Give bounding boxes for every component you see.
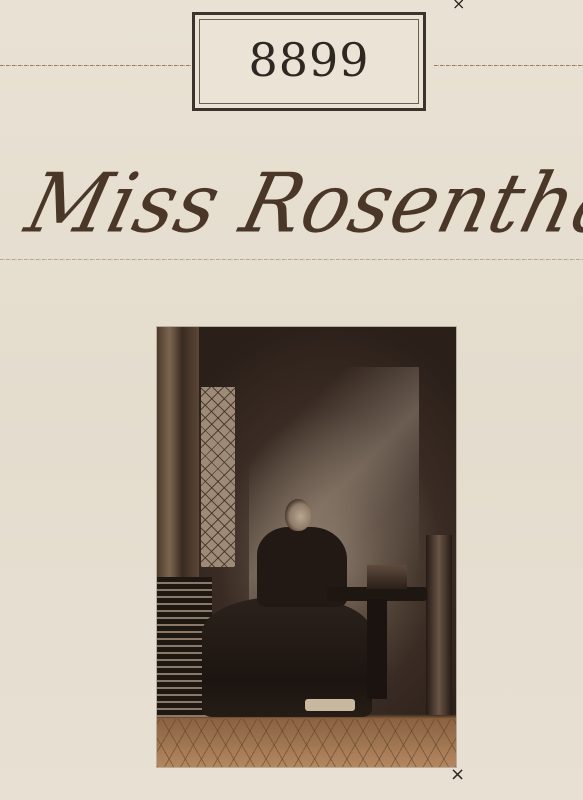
album-page: 8899 × Miss Rosenthall × [0, 0, 583, 800]
jewel-casket [367, 565, 407, 589]
portrait-photograph [157, 327, 456, 767]
ornate-pedestal [426, 535, 452, 715]
patterned-carpet [157, 719, 456, 767]
footstool [305, 699, 355, 711]
sitter-name-inscription: Miss Rosenthall [14, 144, 583, 265]
ruled-line-top-right [434, 65, 583, 66]
catalogue-number: 8899 [248, 37, 369, 83]
sitter-head [285, 499, 311, 531]
cross-mark-icon: × [450, 766, 465, 784]
catalogue-number-label: 8899 [192, 12, 426, 111]
cross-mark-icon: × [452, 0, 465, 12]
catalogue-number-frame: 8899 [199, 19, 419, 104]
leaded-window [201, 387, 235, 567]
ruled-line-top-left [0, 65, 193, 66]
table-pedestal-leg [367, 599, 387, 699]
